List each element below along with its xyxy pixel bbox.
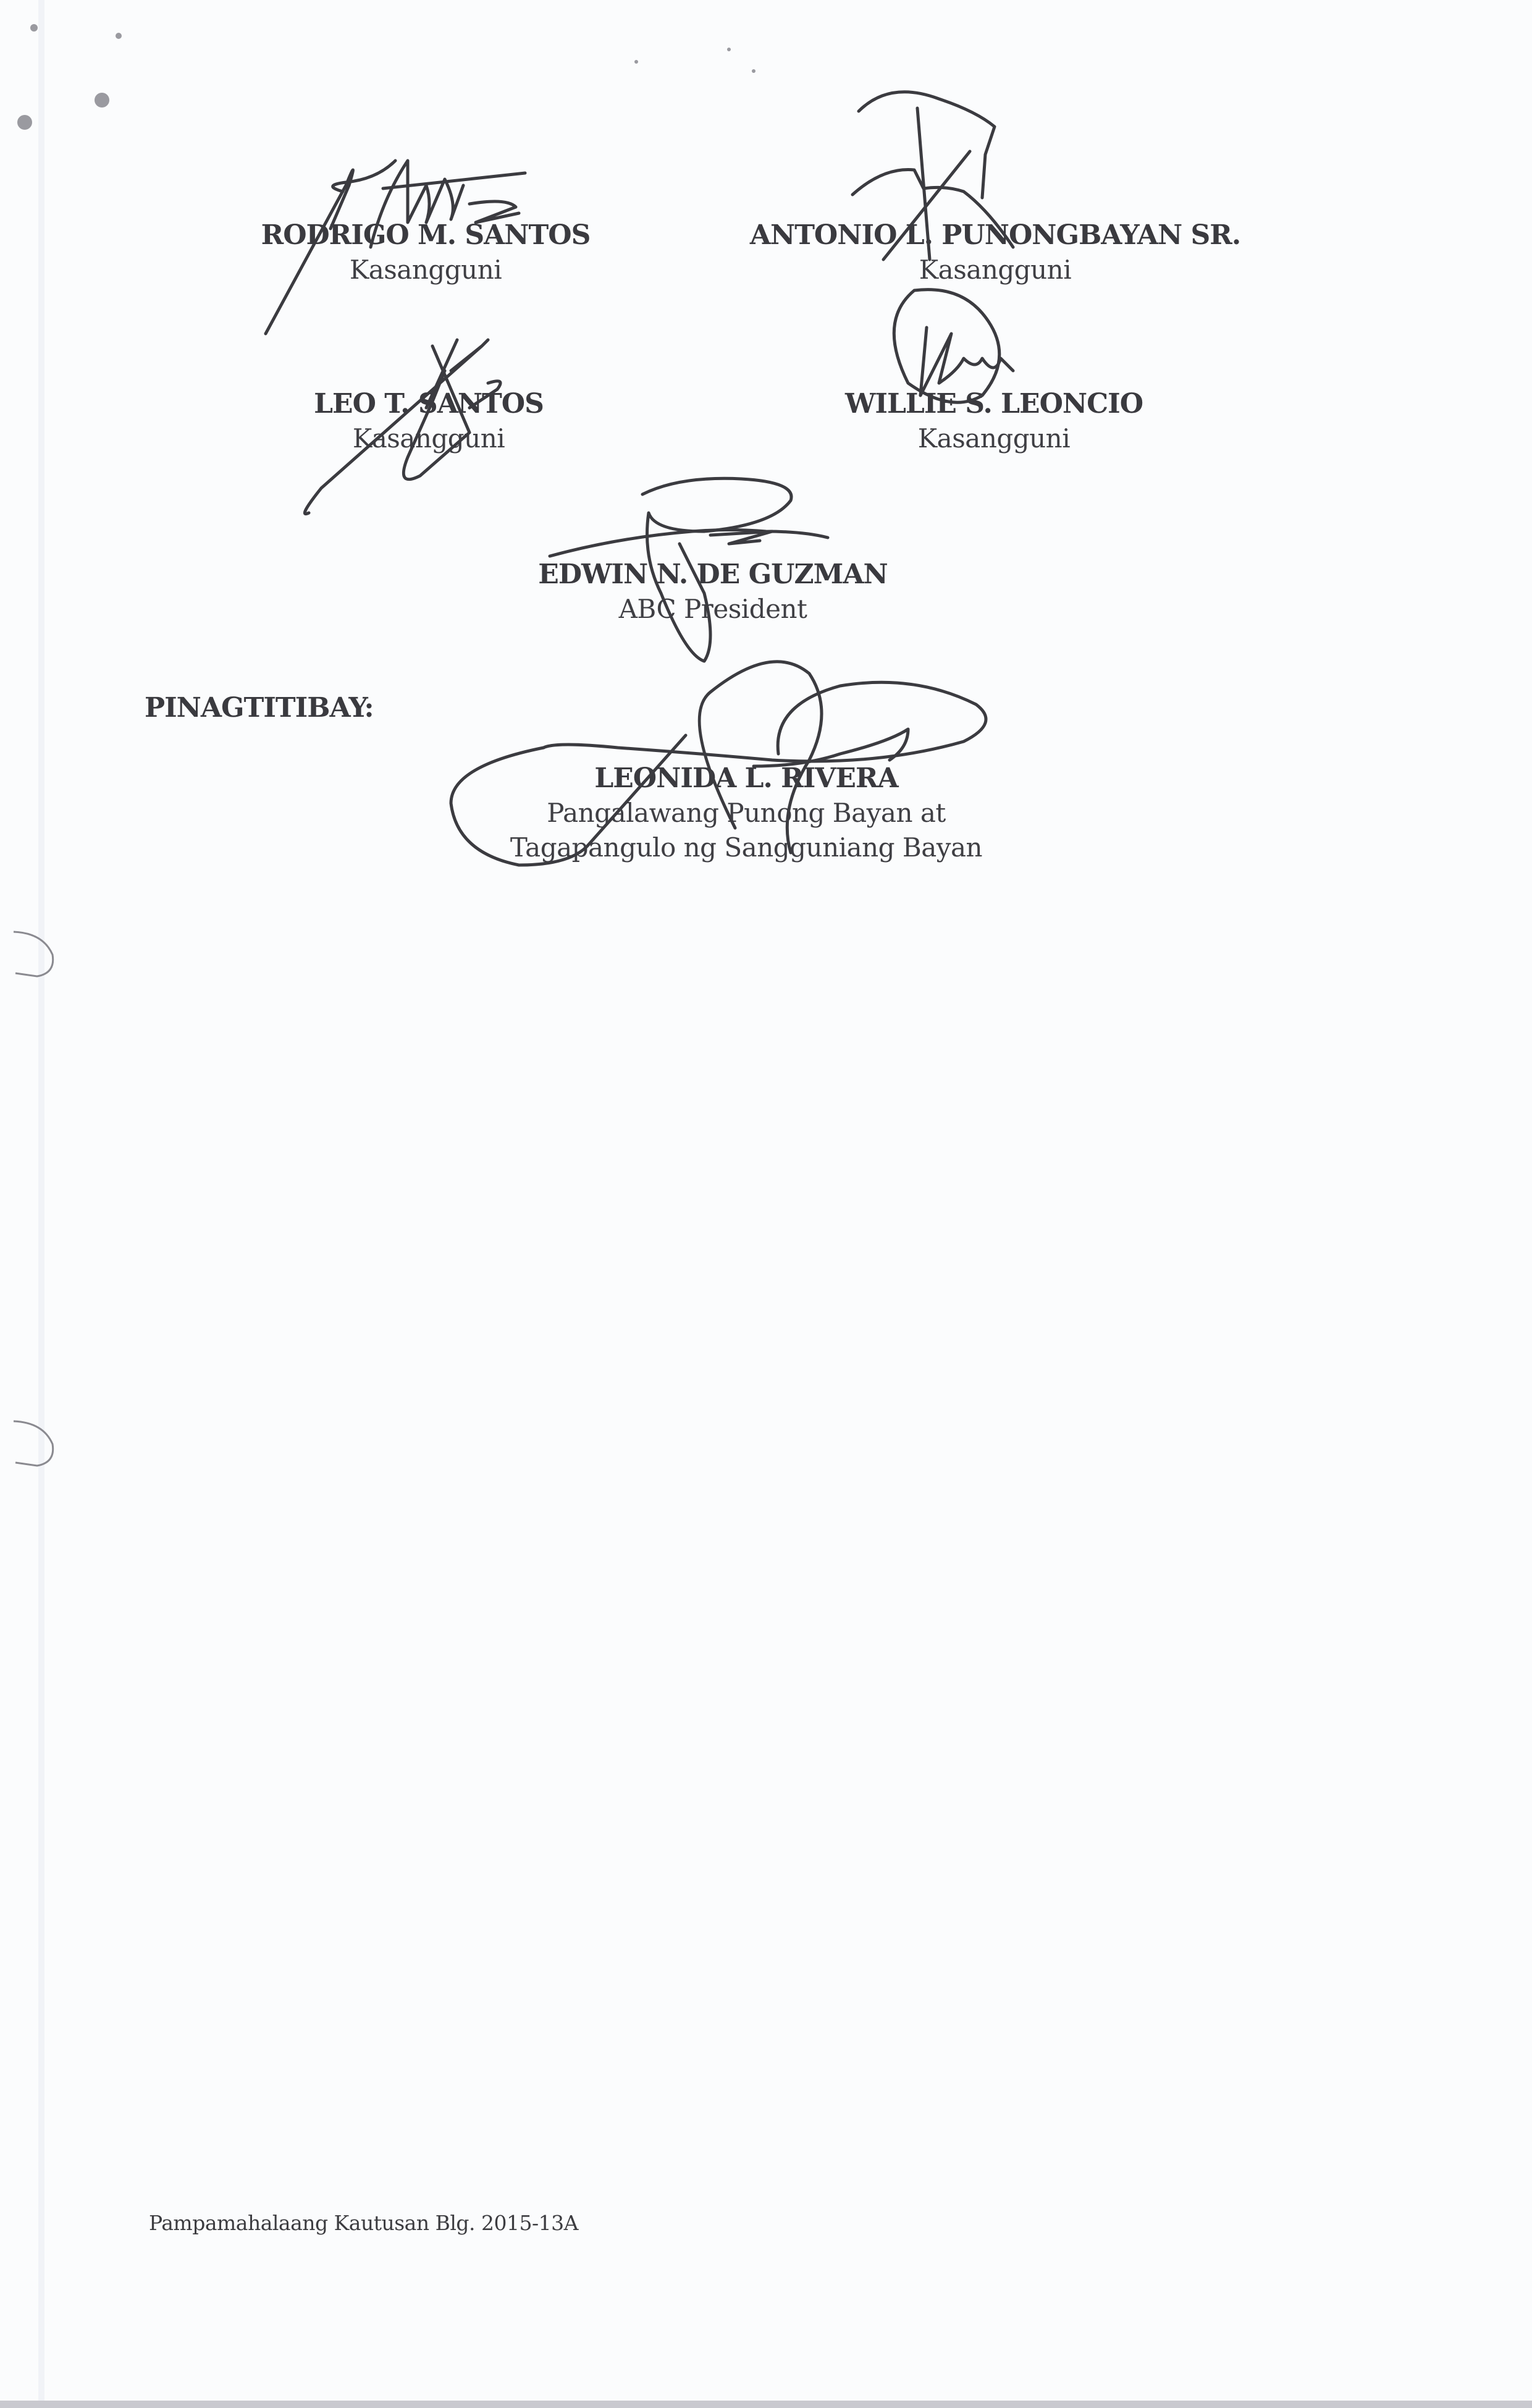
signature-block-willie: WILLIE S. LEONCIO Kasangguni xyxy=(845,387,1143,456)
signatory-title: Kasangguni xyxy=(314,421,544,456)
signature-block-edwin: EDWIN N. DE GUZMAN ABC President xyxy=(538,557,887,627)
signatory-title: ABC President xyxy=(538,592,887,627)
signatory-title: Kasangguni xyxy=(845,421,1143,456)
signature-block-rodrigo: RODRIGO M. SANTOS Kasangguni xyxy=(261,218,591,287)
signature-block-antonio: ANTONIO L. PUNONGBAYAN SR. Kasangguni xyxy=(750,218,1240,287)
punch-hole-icon xyxy=(14,932,53,976)
signatory-name: WILLIE S. LEONCIO xyxy=(845,387,1143,421)
signature-overlay xyxy=(0,0,1532,2408)
signatory-title: Kasangguni xyxy=(261,253,591,287)
signatory-name: RODRIGO M. SANTOS xyxy=(261,218,591,253)
signature-block-leonida: LEONIDA L. RIVERA Pangalawang Punong Bay… xyxy=(510,761,982,865)
approval-label: PINAGTITIBAY: xyxy=(145,692,374,724)
handwritten-signature-icon xyxy=(894,290,1013,403)
signatory-title: Kasangguni xyxy=(750,253,1240,287)
signatory-name: ANTONIO L. PUNONGBAYAN SR. xyxy=(750,218,1240,253)
scan-bottom-edge xyxy=(0,2401,1532,2408)
approver-name: LEONIDA L. RIVERA xyxy=(510,761,982,796)
punch-hole-icon xyxy=(14,1421,53,1466)
scan-margin-shadow xyxy=(38,0,44,2408)
document-footer: Pampamahalaang Kautusan Blg. 2015-13A xyxy=(149,2211,578,2235)
signatory-name: LEO T. SANTOS xyxy=(314,387,544,421)
approver-title-line2: Tagapangulo ng Sangguniang Bayan xyxy=(510,830,982,865)
approver-title-line1: Pangalawang Punong Bayan at xyxy=(510,796,982,830)
signature-block-leo: LEO T. SANTOS Kasangguni xyxy=(314,387,544,456)
document-page: RODRIGO M. SANTOS Kasangguni ANTONIO L. … xyxy=(0,0,1532,2408)
signatory-name: EDWIN N. DE GUZMAN xyxy=(538,557,887,592)
